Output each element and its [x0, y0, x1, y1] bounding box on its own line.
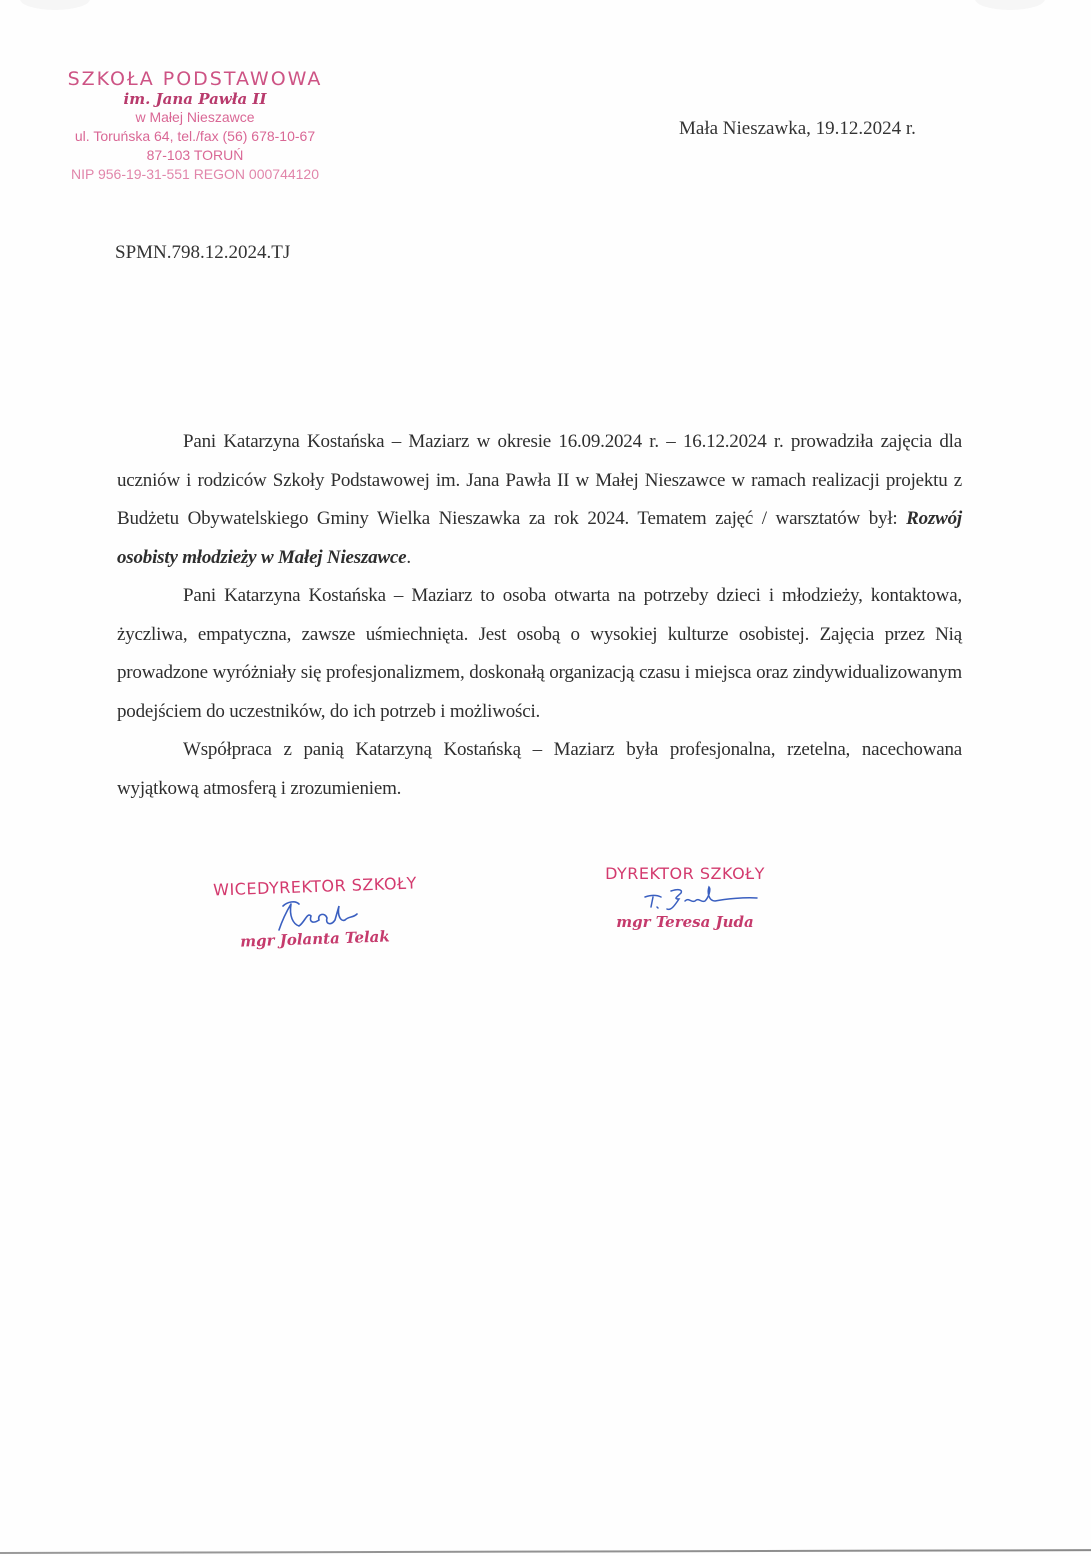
stamp-ids: NIP 956-19-31-551 REGON 000744120: [40, 165, 350, 184]
scan-artifact: [20, 0, 90, 10]
handwritten-signature-icon: [255, 896, 375, 932]
letter-body: Pani Katarzyna Kostańska – Maziarz w okr…: [117, 423, 962, 808]
handwritten-signature-icon: [605, 883, 765, 913]
stamp-address: ul. Toruńska 64, tel./fax (56) 678-10-67: [40, 127, 350, 146]
signature-name: mgr Teresa Juda: [580, 913, 790, 931]
stamp-school-name: SZKOŁA PODSTAWOWA: [40, 68, 350, 90]
place-date: Mała Nieszawka, 19.12.2024 r.: [679, 118, 916, 140]
paragraph-1-end: .: [406, 547, 411, 568]
paragraph-3: Współpraca z panią Katarzyną Kostańską –…: [117, 731, 962, 808]
stamp-postal: 87-103 TORUŃ: [40, 146, 350, 165]
paragraph-1: Pani Katarzyna Kostańska – Maziarz w okr…: [117, 423, 962, 577]
signature-director: DYREKTOR SZKOŁY mgr Teresa Juda: [580, 864, 790, 931]
signature-role: WICEDYREKTOR SZKOŁY: [200, 873, 431, 900]
signature-role: DYREKTOR SZKOŁY: [580, 864, 790, 883]
stamp-patron: im. Jana Pawła II: [40, 90, 350, 108]
school-stamp: SZKOŁA PODSTAWOWA im. Jana Pawła II w Ma…: [40, 68, 350, 184]
scan-artifact: [975, 0, 1045, 10]
paragraph-1-text: Pani Katarzyna Kostańska – Maziarz w okr…: [117, 431, 962, 529]
signature-vice-director: WICEDYREKTOR SZKOŁY mgr Jolanta Telak: [200, 877, 430, 948]
signature-name: mgr Jolanta Telak: [200, 926, 430, 952]
stamp-location: w Małej Nieszawce: [40, 108, 350, 127]
paragraph-2: Pani Katarzyna Kostańska – Maziarz to os…: [117, 577, 962, 731]
page-edge: [0, 1549, 1091, 1554]
reference-number: SPMN.798.12.2024.TJ: [115, 242, 290, 264]
